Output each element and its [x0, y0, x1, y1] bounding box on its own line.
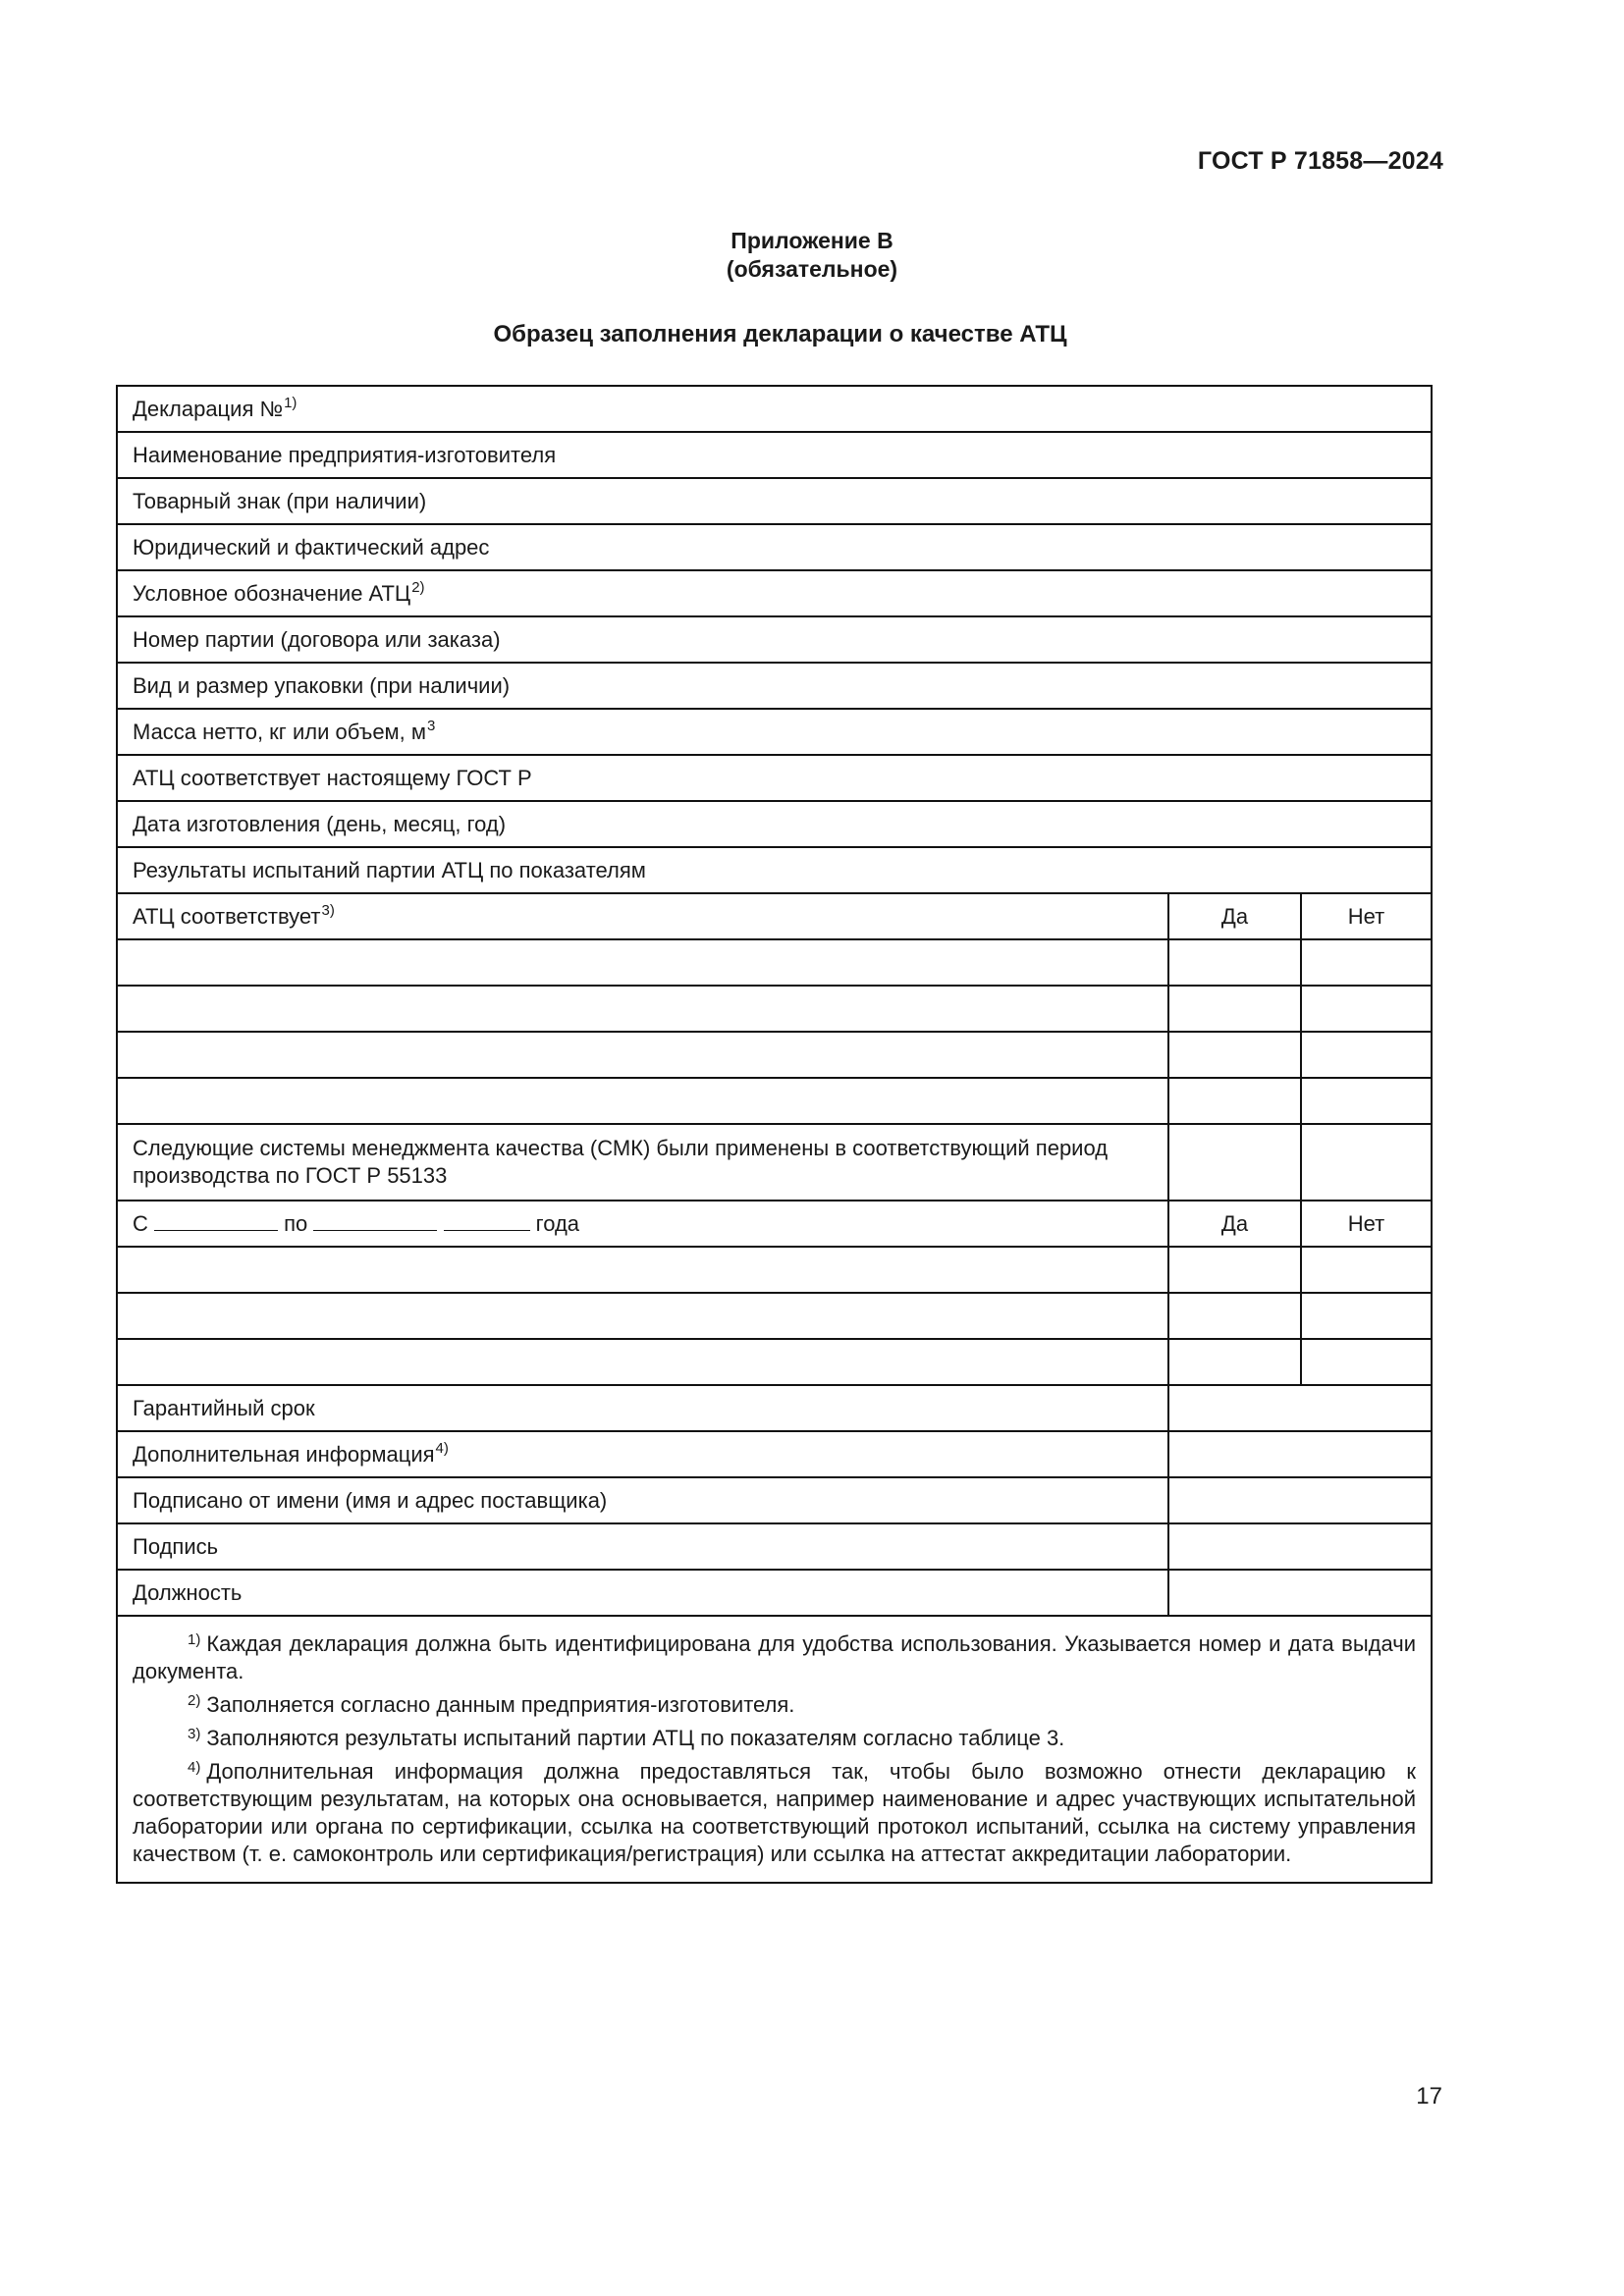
- form-row: Дополнительная информация4): [117, 1431, 1432, 1477]
- field-label-text: Гарантийный срок: [133, 1396, 315, 1420]
- form-field-label[interactable]: Масса нетто, кг или объем, м3: [117, 709, 1432, 755]
- form-field-value[interactable]: [1168, 1570, 1432, 1616]
- qms-system-cell[interactable]: [117, 1293, 1168, 1339]
- period-suffix: года: [536, 1211, 579, 1236]
- footnote-ref: 2): [411, 579, 424, 596]
- form-row: Вид и размер упаковки (при наличии): [117, 663, 1432, 709]
- form-field-value[interactable]: [1168, 1477, 1432, 1523]
- no-cell[interactable]: [1301, 1293, 1432, 1339]
- qms-period: С по года: [117, 1201, 1168, 1247]
- form-field-label[interactable]: Товарный знак (при наличии): [117, 478, 1432, 524]
- field-label-text: Подписано от имени (имя и адрес поставщи…: [133, 1488, 607, 1513]
- footnote-ref: 4): [436, 1440, 449, 1457]
- field-label-text: Подпись: [133, 1534, 218, 1559]
- qms-description: Следующие системы менеджмента качества (…: [117, 1124, 1168, 1201]
- qms-blank-row: [117, 1339, 1432, 1385]
- yes-cell[interactable]: [1168, 1293, 1301, 1339]
- qms-system-cell[interactable]: [117, 1339, 1168, 1385]
- form-row: Номер партии (договора или заказа): [117, 616, 1432, 663]
- no-cell[interactable]: [1301, 939, 1432, 986]
- field-label-text: Дополнительная информация: [133, 1442, 435, 1467]
- appendix-title: Приложение В: [0, 227, 1624, 255]
- yes-cell[interactable]: [1168, 1247, 1301, 1293]
- period-prefix: С: [133, 1211, 148, 1236]
- footnote-text: Заполняется согласно данным предприятия-…: [206, 1692, 794, 1717]
- period-year-blank[interactable]: [444, 1212, 530, 1231]
- indicator-cell[interactable]: [117, 1078, 1168, 1124]
- yes-cell[interactable]: [1168, 1032, 1301, 1078]
- compliance-label-text: АТЦ соответствует: [133, 904, 320, 929]
- no-cell[interactable]: [1301, 1032, 1432, 1078]
- qms-system-cell[interactable]: [117, 1247, 1168, 1293]
- form-field-label[interactable]: Условное обозначение АТЦ2): [117, 570, 1432, 616]
- field-label-text: Вид и размер упаковки (при наличии): [133, 673, 510, 698]
- period-to-blank[interactable]: [313, 1212, 437, 1231]
- yes-cell[interactable]: [1168, 1339, 1301, 1385]
- form-field-label: Гарантийный срок: [117, 1385, 1168, 1431]
- appendix-heading: Приложение В (обязательное): [0, 227, 1624, 284]
- footnote-text: Дополнительная информация должна предост…: [133, 1759, 1416, 1866]
- field-label-text: Товарный знак (при наличии): [133, 489, 426, 513]
- form-row: Дата изготовления (день, месяц, год): [117, 801, 1432, 847]
- footnote-ref: 1): [284, 395, 297, 411]
- form-field-label[interactable]: АТЦ соответствует настоящему ГОСТ Р: [117, 755, 1432, 801]
- no-cell[interactable]: [1301, 1078, 1432, 1124]
- footnote-ref: 3): [321, 902, 334, 919]
- compliance-blank-row: [117, 1032, 1432, 1078]
- form-row: Декларация №1): [117, 386, 1432, 432]
- footnote-number: 1): [188, 1631, 200, 1648]
- form-field-label[interactable]: Вид и размер упаковки (при наличии): [117, 663, 1432, 709]
- form-field-label[interactable]: Декларация №1): [117, 386, 1432, 432]
- field-label-text: Масса нетто, кг или объем, м: [133, 720, 426, 744]
- unit-superscript: 3: [427, 718, 435, 734]
- period-from-blank[interactable]: [154, 1212, 278, 1231]
- field-label-text: Должность: [133, 1580, 242, 1605]
- form-field-label: Подписано от имени (имя и адрес поставщи…: [117, 1477, 1168, 1523]
- form-row: Должность: [117, 1570, 1432, 1616]
- footnote: 1)Каждая декларация должна быть идентифи…: [133, 1630, 1416, 1685]
- form-row: Подписано от имени (имя и адрес поставщи…: [117, 1477, 1432, 1523]
- footnote-number: 2): [188, 1692, 200, 1709]
- qms-blank-row: [117, 1293, 1432, 1339]
- compliance-blank-row: [117, 1078, 1432, 1124]
- page-number: 17: [1416, 2083, 1442, 2110]
- field-label-text: Декларация №: [133, 397, 283, 421]
- footnote: 2)Заполняется согласно данным предприяти…: [133, 1691, 1416, 1719]
- qms-no-cell[interactable]: [1301, 1124, 1432, 1201]
- form-field-label[interactable]: Наименование предприятия-изготовителя: [117, 432, 1432, 478]
- compliance-blank-row: [117, 939, 1432, 986]
- form-title: Образец заполнения декларации о качестве…: [0, 321, 1560, 348]
- form-row: Гарантийный срок: [117, 1385, 1432, 1431]
- footnotes: 1)Каждая декларация должна быть идентифи…: [117, 1616, 1432, 1883]
- qms-blank-row: [117, 1247, 1432, 1293]
- appendix-status: (обязательное): [0, 255, 1624, 284]
- form-row: Результаты испытаний партии АТЦ по показ…: [117, 847, 1432, 893]
- form-row: Юридический и фактический адрес: [117, 524, 1432, 570]
- no-column-header: Нет: [1301, 893, 1432, 939]
- period-middle: по: [284, 1211, 307, 1236]
- no-cell[interactable]: [1301, 1339, 1432, 1385]
- no-cell[interactable]: [1301, 1247, 1432, 1293]
- yes-cell[interactable]: [1168, 1078, 1301, 1124]
- footnote-text: Каждая декларация должна быть идентифици…: [133, 1631, 1416, 1683]
- form-field-label[interactable]: Номер партии (договора или заказа): [117, 616, 1432, 663]
- qms-description-row: Следующие системы менеджмента качества (…: [117, 1124, 1432, 1201]
- form-row: Наименование предприятия-изготовителя: [117, 432, 1432, 478]
- indicator-cell[interactable]: [117, 939, 1168, 986]
- form-field-label[interactable]: Результаты испытаний партии АТЦ по показ…: [117, 847, 1432, 893]
- field-label-text: Дата изготовления (день, месяц, год): [133, 812, 506, 836]
- form-body: Декларация №1) Наименование предприятия-…: [117, 386, 1432, 1883]
- field-label-text: Результаты испытаний партии АТЦ по показ…: [133, 858, 646, 882]
- compliance-header-row: АТЦ соответствует3) Да Нет: [117, 893, 1432, 939]
- qms-period-row: С по года Да Нет: [117, 1201, 1432, 1247]
- indicator-cell[interactable]: [117, 986, 1168, 1032]
- footnote-text: Заполняются результаты испытаний партии …: [206, 1726, 1064, 1750]
- footnote: 4)Дополнительная информация должна предо…: [133, 1758, 1416, 1868]
- form-row: Условное обозначение АТЦ2): [117, 570, 1432, 616]
- field-label-text: Условное обозначение АТЦ: [133, 581, 410, 606]
- no-column-header: Нет: [1301, 1201, 1432, 1247]
- yes-column-header: Да: [1168, 1201, 1301, 1247]
- yes-cell[interactable]: [1168, 939, 1301, 986]
- form-row: Масса нетто, кг или объем, м3: [117, 709, 1432, 755]
- form-field-value[interactable]: [1168, 1431, 1432, 1477]
- indicator-cell[interactable]: [117, 1032, 1168, 1078]
- footnotes-row: 1)Каждая декларация должна быть идентифи…: [117, 1616, 1432, 1883]
- form-row: Подпись: [117, 1523, 1432, 1570]
- declaration-form-table: Декларация №1) Наименование предприятия-…: [116, 385, 1433, 1884]
- form-field-value[interactable]: [1168, 1385, 1432, 1431]
- yes-column-header: Да: [1168, 893, 1301, 939]
- no-cell[interactable]: [1301, 986, 1432, 1032]
- qms-yes-cell[interactable]: [1168, 1124, 1301, 1201]
- yes-cell[interactable]: [1168, 986, 1301, 1032]
- footnote-number: 4): [188, 1759, 200, 1776]
- form-row: Товарный знак (при наличии): [117, 478, 1432, 524]
- document-code: ГОСТ Р 71858—2024: [1198, 147, 1443, 176]
- field-label-text: Номер партии (договора или заказа): [133, 627, 501, 652]
- field-label-text: АТЦ соответствует настоящему ГОСТ Р: [133, 766, 532, 790]
- form-field-label[interactable]: Дата изготовления (день, месяц, год): [117, 801, 1432, 847]
- footnote-number: 3): [188, 1726, 200, 1742]
- field-label-text: Наименование предприятия-изготовителя: [133, 443, 556, 467]
- form-row: АТЦ соответствует настоящему ГОСТ Р: [117, 755, 1432, 801]
- compliance-blank-row: [117, 986, 1432, 1032]
- compliance-label: АТЦ соответствует3): [117, 893, 1168, 939]
- field-label-text: Юридический и фактический адрес: [133, 535, 489, 560]
- form-field-label: Подпись: [117, 1523, 1168, 1570]
- form-field-label: Должность: [117, 1570, 1168, 1616]
- footnote: 3)Заполняются результаты испытаний парти…: [133, 1725, 1416, 1752]
- form-field-label: Дополнительная информация4): [117, 1431, 1168, 1477]
- form-field-value[interactable]: [1168, 1523, 1432, 1570]
- form-field-label[interactable]: Юридический и фактический адрес: [117, 524, 1432, 570]
